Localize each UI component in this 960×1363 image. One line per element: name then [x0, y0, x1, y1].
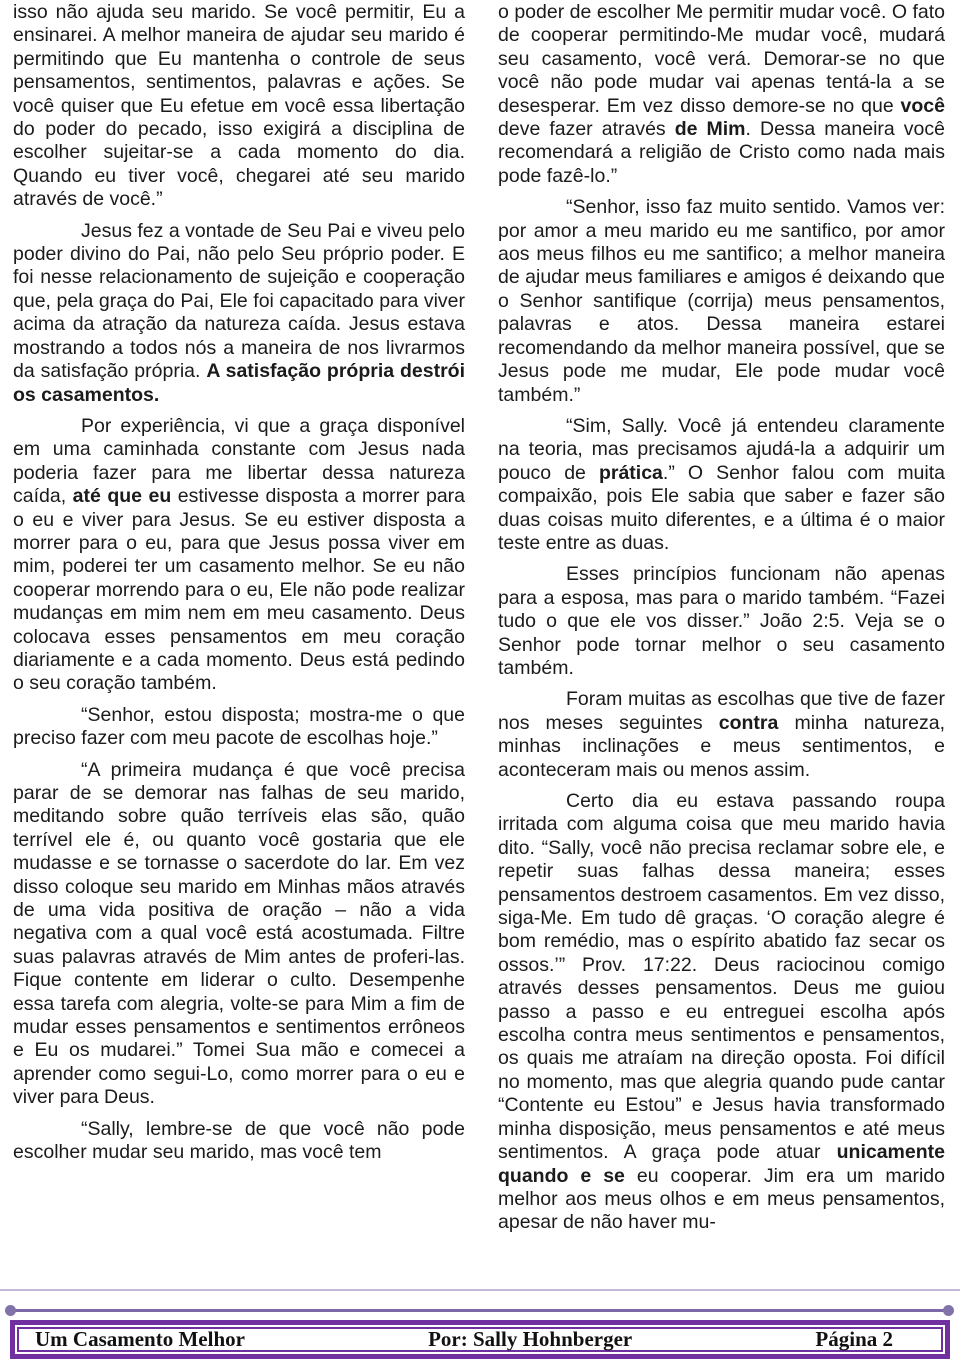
author-credit: Por: Sally Hohnberger: [428, 1327, 632, 1352]
text-run: Esses princípios funcionam não apenas pa…: [498, 563, 945, 679]
text-run: isso não ajuda seu marido. Se você permi…: [13, 1, 465, 210]
paragraph: “Sally, lembre-se de que você não pode e…: [13, 1118, 465, 1165]
text-run: Jesus fez a vontade de Seu Pai e viveu p…: [13, 220, 465, 382]
paragraph: Foram muitas as escolhas que tive de faz…: [498, 688, 945, 782]
paragraph: Esses princípios funcionam não apenas pa…: [498, 563, 945, 680]
left-column: isso não ajuda seu marido. Se você permi…: [13, 1, 465, 1173]
footer-hairline: [0, 1289, 960, 1291]
paragraph: Jesus fez a vontade de Seu Pai e viveu p…: [13, 220, 465, 407]
right-column: o poder de escolher Me permitir mudar vo…: [498, 1, 945, 1243]
bold-text-run: contra: [719, 712, 779, 734]
text-run: “A primeira mudança é que você precisa p…: [13, 759, 465, 1109]
text-run: Certo dia eu estava passando roupa irrit…: [498, 790, 945, 1163]
footer-rule: [11, 1309, 948, 1312]
rule-end-dot-left: [5, 1305, 16, 1316]
paragraph: Certo dia eu estava passando roupa irrit…: [498, 790, 945, 1235]
text-run: o poder de escolher Me permitir mudar vo…: [498, 1, 945, 117]
bold-text-run: até que eu: [73, 485, 172, 507]
footer-bar: Um Casamento Melhor Por: Sally Hohnberge…: [10, 1320, 950, 1359]
paragraph: “Sim, Sally. Você já entendeu claramente…: [498, 415, 945, 555]
text-run: “Senhor, estou disposta; mostra-me o que…: [13, 704, 465, 749]
paragraph: “Senhor, estou disposta; mostra-me o que…: [13, 704, 465, 751]
paragraph: isso não ajuda seu marido. Se você permi…: [13, 1, 465, 212]
text-run: “Senhor, isso faz muito sentido. Vamos v…: [498, 196, 945, 405]
paragraph: o poder de escolher Me permitir mudar vo…: [498, 1, 945, 188]
text-run: “Sally, lembre-se de que você não pode e…: [13, 1118, 465, 1163]
document-title: Um Casamento Melhor: [35, 1327, 245, 1352]
bold-text-run: você: [901, 95, 945, 117]
paragraph: “Senhor, isso faz muito sentido. Vamos v…: [498, 196, 945, 407]
text-run: deve fazer através: [498, 118, 675, 140]
page-number: Página 2: [815, 1327, 893, 1352]
paragraph: Por experiência, vi que a graça disponív…: [13, 415, 465, 696]
bold-text-run: de Mim: [675, 118, 746, 140]
bold-text-run: prática: [599, 462, 663, 484]
footer-bar-inner: Um Casamento Melhor Por: Sally Hohnberge…: [17, 1327, 943, 1352]
paragraph: “A primeira mudança é que você precisa p…: [13, 759, 465, 1110]
rule-end-dot-right: [943, 1305, 954, 1316]
text-run: estivesse disposta a morrer para o eu e …: [13, 485, 465, 694]
